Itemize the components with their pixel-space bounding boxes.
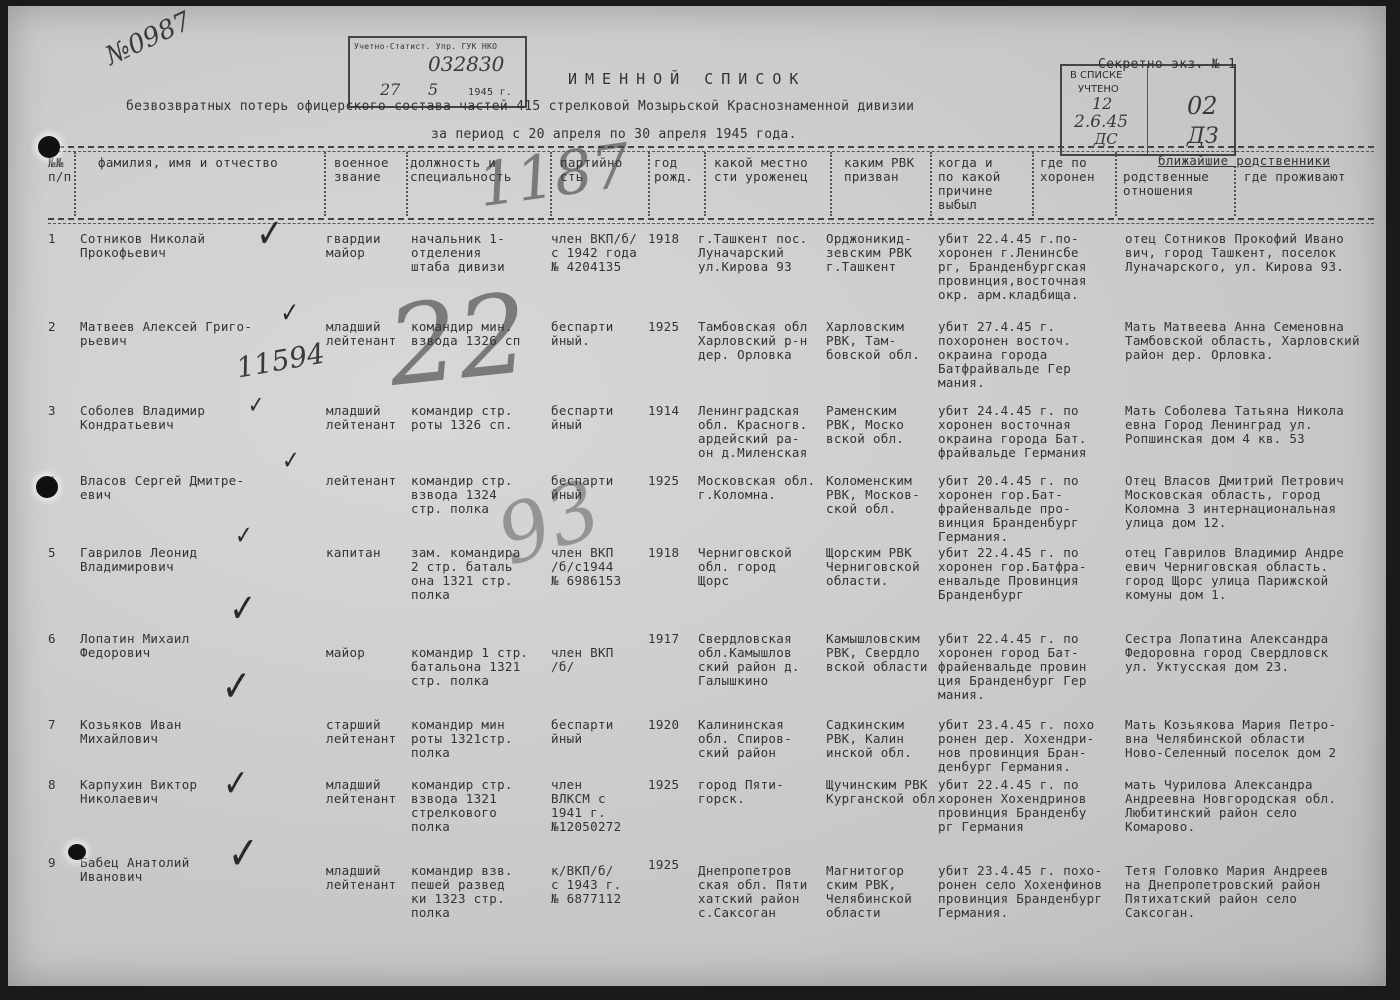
col-year: год рожд.: [654, 156, 693, 184]
cell-rvk: Харловским РВК, Там- бовской обл.: [826, 320, 920, 362]
checkmark-icon: ✓: [222, 661, 252, 712]
checkmark-icon: ✓: [282, 446, 299, 476]
cell-name: Гаврилов Леонид Владимирович: [80, 546, 197, 574]
cell-birthplace: город Пяти- горск.: [698, 778, 784, 806]
cell-when-buried: убит 20.4.45 г. по хоронен гор.Бат- фрай…: [938, 474, 1079, 544]
cell-name: Сотников Николай Прокофьевич: [80, 232, 205, 260]
cell-party: беспарти йный.: [551, 320, 614, 348]
cell-name: Матвеев Алексей Григо- рьевич: [80, 320, 252, 348]
cell-when-buried: убит 22.4.45 г. по хоронен город Бат- фр…: [938, 632, 1087, 702]
cell-party: беспарти йный: [551, 474, 614, 502]
col-birthplace: какой местно сти уроженец: [714, 156, 808, 184]
cell-when-buried: убит 22.4.45 г. по хоронен Хохендринов п…: [938, 778, 1087, 834]
stamp-year: 1945 г.: [468, 86, 512, 100]
cell-birthplace: Днепропетров ская обл. Пяти хатский райо…: [698, 864, 808, 920]
cell-relatives: Тетя Головко Мария Андреев на Днепропетр…: [1125, 864, 1328, 920]
stamp-right-top: 02: [1187, 92, 1218, 120]
secret-mark: Секретно экз. № 1: [1098, 58, 1236, 72]
cell-position: командир 1 стр. батальона 1321 стр. полк…: [411, 646, 528, 688]
cell-when-buried: убит 22.4.45 г. по хоронен гор.Батфра- е…: [938, 546, 1087, 602]
cell-when-buried: убит 23.4.45 г. похо ронен дер. Хохендри…: [938, 718, 1095, 774]
checkmark-icon: ✓: [228, 826, 259, 880]
stamp-reg-date: 2.6.45: [1074, 112, 1128, 132]
cell-party: член ВКП /б/с1944 № 6986153: [551, 546, 621, 588]
punch-hole: [36, 476, 58, 498]
col-sep: [830, 152, 832, 216]
stamp-number: 032830: [428, 52, 504, 76]
col-sep: [74, 152, 76, 216]
checkmark-icon: ✓: [280, 296, 299, 329]
cell-relatives: Мать Матвеева Анна Семеновна Тамбовской …: [1125, 320, 1360, 362]
cell-relatives: отец Сотников Прокофий Ивано вич, город …: [1125, 232, 1344, 274]
cell-rvk: Щорским РВК Черниговской области.: [826, 546, 920, 588]
cell-name: Лопатин Михаил Федорович: [80, 632, 190, 660]
cell-name: Карпухин Виктор Николаевич: [80, 778, 197, 806]
cell-birthplace: Черниговской обл. город Щорс: [698, 546, 792, 588]
stamp-day: 27: [380, 80, 400, 99]
cell-when-buried: убит 27.4.45 г. похоронен восточ. окраин…: [938, 320, 1071, 390]
doc-subtitle: безвозвратных потерь офицерского состава…: [126, 100, 914, 114]
cell-num: 5: [48, 546, 56, 560]
col-relatives-header: ближайшие родственники: [1158, 154, 1330, 168]
col-position: должность и специальность: [410, 156, 512, 184]
col-buried: где по хоронен: [1040, 156, 1095, 184]
cell-num: 6: [48, 632, 56, 646]
cell-rank: гвардии майор: [326, 232, 381, 260]
cell-year: 1918: [648, 232, 679, 246]
cell-birthplace: Свердловская обл.Камышлов ский район д. …: [698, 632, 800, 688]
cell-rvk: Раменским РВК, Моско вской обл.: [826, 404, 904, 446]
cell-rvk: Орджоникид- зевским РВК г.Ташкент: [826, 232, 912, 274]
stamp-month: 5: [428, 80, 438, 99]
cell-rvk: Садкинским РВК, Калин инской обл.: [826, 718, 912, 760]
cell-birthplace: Московская обл. г.Коломна.: [698, 474, 815, 502]
cell-name: Власов Сергей Дмитре- евич: [80, 474, 244, 502]
cell-rank: лейтенант: [326, 474, 396, 488]
cell-rank: майор: [326, 646, 365, 660]
cell-year: 1925: [648, 858, 679, 872]
cell-position: командир взв. пешей развед ки 1323 стр. …: [411, 864, 513, 920]
cell-party: беспарти йный: [551, 404, 614, 432]
cell-rvk: Коломенским РВК, Москов- ской обл.: [826, 474, 920, 516]
cell-rank: младший лейтенант: [326, 404, 396, 432]
cell-name: Соболев Владимир Кондратьевич: [80, 404, 205, 432]
cell-name: Козьяков Иван Михайлович: [80, 718, 182, 746]
document-page: №0987 Учетно-Статист. Упр. ГУК НКО 03283…: [8, 6, 1386, 986]
checkmark-icon: ✓: [248, 391, 264, 419]
col-rvk: каким РВК призван: [844, 156, 914, 184]
cell-position: командир стр. взвода 1321 стрелкового по…: [411, 778, 513, 834]
cell-year: 1925: [648, 778, 679, 792]
archive-number: №0987: [101, 6, 196, 72]
header-rule-top: [48, 146, 1374, 152]
col-party: партийно сть: [560, 156, 623, 184]
cell-rank: старший лейтенант: [326, 718, 396, 746]
cell-relatives: Отец Власов Дмитрий Петрович Московская …: [1125, 474, 1344, 530]
col-relation: родственные отношения: [1123, 170, 1209, 198]
cell-party: член ВЛКСМ с 1941 г. №12050272: [551, 778, 621, 834]
cell-year: 1917: [648, 632, 679, 646]
checkmark-icon: ✓: [223, 761, 248, 805]
col-sep: [1032, 152, 1034, 216]
header-rule-bottom: [48, 218, 1374, 224]
cell-relatives: отец Гаврилов Владимир Андре евич Черниг…: [1125, 546, 1344, 602]
cell-year: 1918: [648, 546, 679, 560]
checkmark-icon: ✓: [235, 521, 252, 551]
stamp-reg-num: 12: [1092, 94, 1112, 113]
cell-position: начальник 1- отделения штаба дивизи: [411, 232, 505, 274]
cell-year: 1925: [648, 320, 679, 334]
punch-hole: [38, 136, 60, 158]
cell-rvk: Магнитогор ским РВК, Челябинской области: [826, 864, 912, 920]
col-sep: [550, 152, 552, 216]
cell-relatives: Мать Козьякова Мария Петро- вна Челябинс…: [1125, 718, 1336, 760]
cell-rvk: Камышловским РВК, Свердло вской области: [826, 632, 928, 674]
cell-rank: младший лейтенант: [326, 320, 396, 348]
registered-stamp: В СПИСКЕ УЧТЕНО 12 2.6.45 ДС 02 ДЗ: [1060, 64, 1236, 156]
cell-party: член ВКП/б/ с 1942 года № 4204135: [551, 232, 637, 274]
col-address: где проживают: [1244, 170, 1346, 184]
stamp-divider: [1147, 66, 1148, 154]
col-when: когда и по какой причине выбыл: [938, 156, 1001, 212]
col-rank: военное звание: [334, 156, 389, 184]
col-sep: [1234, 166, 1236, 216]
cell-rank: младший лейтенант: [326, 778, 396, 806]
cell-relatives: мать Чурилова Александра Андреевна Новго…: [1125, 778, 1336, 834]
cell-when-buried: убит 24.4.45 г. по хоронен восточная окр…: [938, 404, 1087, 460]
cell-position: командир мин роты 1321стр. полка: [411, 718, 513, 760]
cell-position: командир стр. роты 1326 сп.: [411, 404, 513, 432]
col-sep: [324, 152, 326, 216]
cell-num: 1: [48, 232, 56, 246]
incoming-stamp: Учетно-Статист. Упр. ГУК НКО 032830 27 5…: [348, 36, 527, 108]
cell-birthplace: Калининская обл. Спиров- ский район: [698, 718, 792, 760]
cell-when-buried: убит 22.4.45 г.по- хоронен г.Ленинсбе рг…: [938, 232, 1087, 302]
cell-birthplace: Тамбовская обл Харловский р-н дер. Орлов…: [698, 320, 808, 362]
cell-relatives: Сестра Лопатина Александра Федоровна гор…: [1125, 632, 1328, 674]
cell-party: к/ВКП/б/ с 1943 г. № 6877112: [551, 864, 621, 906]
punch-hole: [68, 844, 86, 860]
col-sep: [406, 152, 408, 216]
col-sep: [648, 152, 650, 216]
cell-rank: капитан: [326, 546, 381, 560]
col-sep: [930, 152, 932, 216]
cell-relatives: Мать Соболева Татьяна Никола евна Город …: [1125, 404, 1344, 446]
checkmark-icon: ✓: [256, 211, 283, 257]
cell-position: командир стр. взвода 1324 стр. полка: [411, 474, 513, 516]
cell-position: командир мин. взвода 1326 сп: [411, 320, 521, 348]
cell-year: 1925: [648, 474, 679, 488]
cell-when-buried: убит 23.4.45 г. похо- ронен село Хохенфи…: [938, 864, 1102, 920]
col-name: фамилия, имя и отчество: [98, 156, 278, 170]
col-sep: [704, 152, 706, 216]
col-sep: [1115, 152, 1117, 216]
col-num: №№ п/п: [48, 156, 71, 184]
cell-position: зам. командира 2 стр. баталь она 1321 ст…: [411, 546, 521, 602]
doc-title: ИМЕННОЙ СПИСОК: [568, 72, 806, 86]
cell-year: 1920: [648, 718, 679, 732]
cell-num: 2: [48, 320, 56, 334]
checkmark-icon: ✓: [229, 586, 256, 632]
cell-rank: младший лейтенант: [326, 864, 396, 892]
cell-birthplace: Ленинградская обл. Красногв. ардейский р…: [698, 404, 808, 460]
cell-birthplace: г.Ташкент пос. Луначарский ул.Кирова 93: [698, 232, 808, 274]
cell-num: 8: [48, 778, 56, 792]
cell-year: 1914: [648, 404, 679, 418]
cell-party: член ВКП /б/: [551, 646, 614, 674]
cell-num: 7: [48, 718, 56, 732]
cell-party: беспарти йный: [551, 718, 614, 746]
cell-num: 9: [48, 856, 56, 870]
cell-name: Бабец Анатолий Иванович: [80, 856, 190, 884]
cell-rvk: Щучинским РВК Курганской обл.: [826, 778, 943, 806]
cell-num: 3: [48, 404, 56, 418]
